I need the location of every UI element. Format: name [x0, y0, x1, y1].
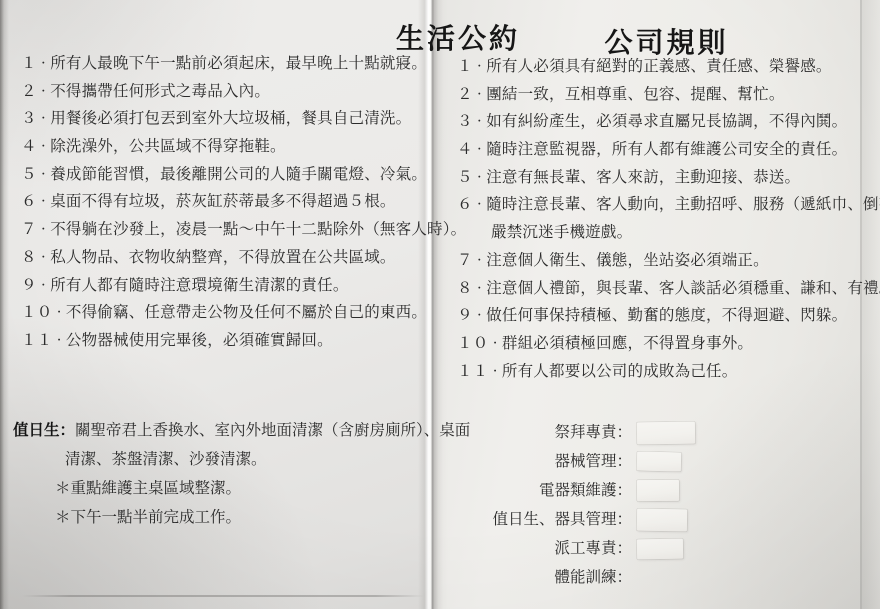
- assignment-label: 派工專責：: [445, 534, 632, 563]
- correction-tape-redaction: [637, 421, 695, 444]
- duty-student-section: 值日生：關聖帝君上香換水、室內外地面清潔（含廚房廁所）、桌面 清潔、茶盤清潔、沙…: [13, 416, 470, 532]
- rule-item: ５ · 養成節能習慣，最後離開公司的人隨手關電燈、冷氣。: [21, 161, 466, 189]
- right-rules-list: １ · 所有人必須具有絕對的正義感、責任感、榮譽感。 ２ · 團結一致，互相尊重…: [457, 53, 880, 385]
- duty-text: 關聖帝君上香換水、室內外地面清潔（含廚房廁所）、桌面: [75, 422, 470, 439]
- duty-line: 清潔、茶盤清潔、沙發清潔。: [13, 445, 470, 474]
- photographed-documents: 生活公約 １ · 所有人最晚下午一點前必須起床，最早晚上十點就寢。 ２ · 不得…: [0, 0, 880, 609]
- rule-item: ７ · 注意個人衛生、儀態，坐站姿必須端正。: [457, 247, 880, 275]
- left-edge-shadow: [0, 0, 9, 609]
- rule-item: ９ · 做任何事保持積極、勤奮的態度，不得迴避、閃躲。: [457, 302, 880, 330]
- rule-item: ４ · 除洗澡外，公共區域不得穿拖鞋。: [21, 133, 466, 161]
- assignment-row: 祭拜專責：: [445, 418, 695, 447]
- rule-item: ３ · 用餐後必須打包丟到室外大垃圾桶，餐具自己清洗。: [21, 105, 466, 133]
- duty-note: ＊重點維護主桌區域整潔。: [13, 474, 470, 503]
- correction-tape-redaction: [637, 508, 687, 531]
- rule-item-continuation: 嚴禁沉迷手機遊戲。: [457, 219, 880, 247]
- rule-item: １０ · 不得偷竊、任意帶走公物及任何不屬於自己的東西。: [21, 299, 466, 327]
- correction-tape-redaction: [637, 480, 679, 501]
- assignment-label: 器械管理：: [445, 447, 632, 476]
- left-rules-list: １ · 所有人最晚下午一點前必須起床，最早晚上十點就寢。 ２ · 不得攜帶任何形…: [21, 50, 466, 355]
- assignment-row: 值日生、器具管理：: [445, 505, 695, 534]
- assignment-label: 祭拜專責：: [445, 418, 632, 447]
- duty-line: 值日生：關聖帝君上香換水、室內外地面清潔（含廚房廁所）、桌面: [13, 416, 470, 445]
- duty-note: ＊下午一點半前完成工作。: [13, 503, 470, 532]
- assignment-label: 體能訓練：: [445, 563, 632, 592]
- assignment-row: 派工專責：: [445, 534, 695, 563]
- rule-item: ５ · 注意有無長輩、客人來訪，主動迎接、恭送。: [457, 164, 880, 192]
- rule-item: １０ · 群組必須積極回應，不得置身事外。: [457, 330, 880, 358]
- rule-item: ９ · 所有人都有隨時注意環境衛生清潔的責任。: [21, 272, 466, 300]
- role-assignments-section: 祭拜專責： 器械管理： 電器類維護： 值日生、器具管理： 派工專責： 體能訓練：: [445, 418, 695, 592]
- rule-item: ３ · 如有糾紛產生，必須尋求直屬兄長協調，不得內鬨。: [457, 108, 880, 136]
- correction-tape-redaction: [637, 538, 683, 559]
- assignment-label: 電器類維護：: [445, 476, 632, 505]
- assignment-label: 值日生、器具管理：: [445, 505, 632, 534]
- assignment-row: 器械管理：: [445, 447, 695, 476]
- rule-item: １ · 所有人必須具有絕對的正義感、責任感、榮譽感。: [457, 53, 880, 81]
- rule-item: １１ · 所有人都要以公司的成敗為己任。: [457, 358, 880, 386]
- rule-item: １１ · 公物器械使用完畢後，必須確實歸回。: [21, 327, 466, 355]
- rule-item: ４ · 隨時注意監視器，所有人都有維護公司安全的責任。: [457, 136, 880, 164]
- rule-item: ２ · 不得攜帶任何形式之毒品入內。: [21, 78, 466, 106]
- rule-item: ７ · 不得躺在沙發上，凌晨一點～中午十二點除外（無客人時）。: [21, 216, 466, 244]
- rule-item: ６ · 隨時注意長輩、客人動向，主動招呼、服務（遞紙巾、倒茶水），: [457, 191, 880, 219]
- assignment-row: 體能訓練：: [445, 563, 695, 592]
- correction-tape-redaction: [637, 452, 681, 472]
- assignment-row: 電器類維護：: [445, 476, 695, 505]
- rule-item: １ · 所有人最晚下午一點前必須起床，最早晚上十點就寢。: [21, 50, 466, 78]
- rule-item: ２ · 團結一致，互相尊重、包容、提醒、幫忙。: [457, 81, 880, 109]
- rule-item: ８ · 注意個人禮節，與長輩、客人談話必須穩重、謙和、有禮。: [457, 275, 880, 303]
- duty-label: 值日生：: [13, 422, 75, 439]
- rule-item: ６ · 桌面不得有垃圾，菸灰缸菸蒂最多不得超過５根。: [21, 188, 466, 216]
- rule-item: ８ · 私人物品、衣物收納整齊，不得放置在公共區域。: [21, 244, 466, 272]
- left-paper-bottom-edge: [22, 595, 424, 597]
